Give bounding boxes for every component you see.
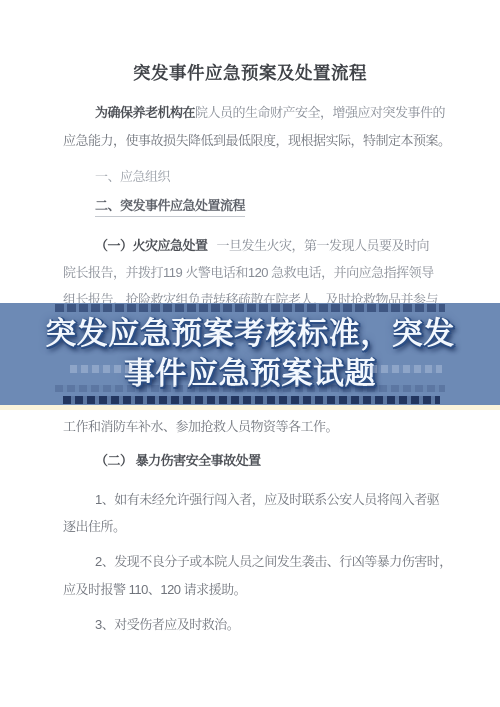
intro-line-2: 应急能力，使事故损失降低到最低限度，现根据实际，特制定本预案。	[63, 132, 451, 150]
violence-section-heading: （二） 暴力伤害安全事故处置	[95, 452, 261, 470]
fire-paragraph-line-1: （一）火灾应急处置一旦发生火灾，第一发现人员要及时向	[95, 237, 429, 255]
intro-line-1-dark: 为确保养老机构在	[95, 105, 195, 120]
obscured-text-band-top	[55, 304, 445, 312]
obscured-text-band-mid-right	[370, 365, 442, 373]
fire-paragraph-line-2: 院长报告，并拨打119 火警电话和120 急救电话，并向应急指挥领导	[63, 264, 434, 282]
section-heading-2: 二、突发事件应急处置流程	[95, 197, 245, 215]
section-heading-2-text: 二、突发事件应急处置流程	[95, 198, 245, 217]
violence-item-3: 3、对受伤者应及时救治。	[95, 616, 239, 634]
fire-line-1-rest: 一旦发生火灾，第一发现人员要及时向	[217, 238, 430, 253]
obscured-text-band-mid-left	[70, 365, 132, 373]
obscured-text-band-bottom	[63, 396, 440, 404]
violence-item-1-line-1: 1、如有未经允许强行闯入者，应及时联系公安人员将闯入者驱	[95, 491, 439, 509]
overlay-title-line-1: 突发应急预案考核标准，突发	[45, 314, 455, 354]
headline-overlay-banner: 突发应急预案考核标准，突发 事件应急预案试题	[0, 303, 500, 405]
document-page: 突发事件应急预案及处置流程 为确保养老机构在院人员的生命财产安全，增强应对突发事…	[0, 0, 500, 707]
document-title: 突发事件应急预案及处置流程	[0, 60, 500, 85]
section-heading-1: 一、应急组织	[95, 168, 170, 186]
fire-paragraph-line-after-banner: 工作和消防车补水、参加抢救人员物资等各工作。	[63, 418, 338, 436]
intro-line-1: 为确保养老机构在院人员的生命财产安全，增强应对突发事件的	[95, 104, 445, 122]
violence-item-2-line-2: 应及时报警 110、120 请求援助。	[63, 581, 246, 599]
violence-section-label: （二） 暴力伤害安全事故处置	[95, 453, 261, 468]
violence-item-2-line-1: 2、发现不良分子或本院人员之间发生袭击、行凶等暴力伤害时，	[95, 553, 452, 571]
highlight-strip	[0, 405, 500, 410]
violence-item-1-line-2: 逐出住所。	[63, 518, 126, 536]
fire-section-label: （一）火灾应急处置	[95, 238, 208, 253]
overlay-title-line-2: 事件应急预案试题	[124, 354, 376, 394]
intro-line-1-rest: 院人员的生命财产安全，增强应对突发事件的	[195, 105, 445, 120]
